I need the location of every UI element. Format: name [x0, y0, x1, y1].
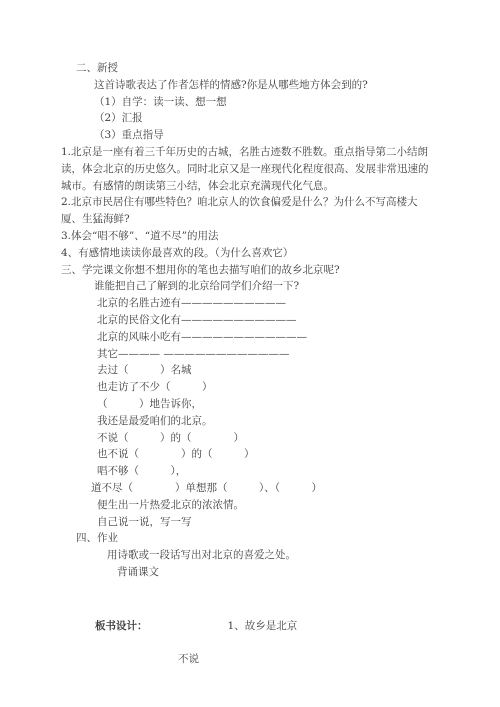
section-4-heading: 四、作业	[76, 530, 460, 547]
intro-question: 谁能把自己了解到的北京给同学们介绍一下?	[94, 278, 460, 295]
poem-line-1: 去过（ ）名城	[97, 362, 460, 379]
poem-line-4: 我还是最爱咱们的北京。	[97, 413, 460, 430]
poem-line-8: 道不尽（ ）单想那（ ）、（ ）	[91, 480, 460, 497]
poem-line-5: 不说（ ）的（ ）	[97, 430, 460, 447]
guidance-point-2-line2: 厦、生猛海鲜?	[61, 211, 460, 228]
board-design-title: 1、故乡是北京	[228, 620, 298, 632]
step-item-3: （3）重点指导	[94, 127, 460, 144]
poem-line-7: 唱不够（ ），	[97, 463, 460, 480]
poem-line-6: 也不说（ ）的（ ）	[97, 446, 460, 463]
recite-line: 背诵课文	[117, 564, 460, 581]
document-content: 二、新授 这首诗歌表达了作者怎样的情感?你是从哪些地方体会到的? （1）自学：读…	[61, 60, 460, 668]
step-item-1: （1）自学：读一读、想一想	[94, 94, 460, 111]
guidance-point-1-line1: 1.北京是一座有着三千年历史的古城，名胜古迹数不胜数。重点指导第二小结朗	[61, 144, 460, 161]
homework-line: 用诗歌或一段话写出对北京的喜爱之处。	[107, 547, 460, 564]
fill-blank-snacks: 北京的风味小吃有————————————	[97, 329, 460, 346]
guidance-point-4: 4、有感情地读读你最喜欢的段。（为什么喜欢它）	[61, 245, 460, 262]
question-prompt: 这首诗歌表达了作者怎样的情感?你是从哪些地方体会到的?	[94, 77, 460, 94]
poem-line-10: 自己说一说，写一写	[97, 514, 460, 531]
section-gap	[61, 581, 460, 601]
board-design-line: 板书设计：1、故乡是北京	[75, 601, 460, 651]
document-page: 二、新授 这首诗歌表达了作者怎样的情感?你是从哪些地方体会到的? （1）自学：读…	[0, 0, 500, 707]
guidance-point-1-line3: 城市。有感情的朗读第三小结，体会北京充满现代化气息。	[61, 178, 460, 195]
board-design-item: 不说	[178, 651, 460, 668]
guidance-point-3: 3.体会“唱不够”、“道不尽”的用法	[61, 228, 460, 245]
poem-line-2: 也走访了不少（ ）	[97, 379, 460, 396]
guidance-point-2-line1: 2.北京市民居住有哪些特色？咱北京人的饮食偏爱是什么？为什么不写高楼大	[61, 194, 460, 211]
fill-blank-folklore: 北京的民俗文化有———————————	[97, 312, 460, 329]
section-3-heading: 三、学完课文你想不想用你的笔也去描写咱们的故乡北京呢?	[61, 262, 460, 279]
section-2-heading: 二、新授	[76, 60, 460, 77]
step-item-2: （2）汇报	[94, 110, 460, 127]
fill-blank-sights: 北京的名胜古迹有——————————	[97, 295, 460, 312]
fill-blank-other: 其它———— ————————————	[97, 346, 460, 363]
guidance-point-1-line2: 读，体会北京的历史悠久。同时北京又是一座现代化程度很高、发展非常迅速的	[61, 161, 460, 178]
poem-line-9: 便生出一片热爱北京的浓浓情。	[97, 497, 460, 514]
board-design-label: 板书设计：	[95, 620, 148, 632]
poem-line-3: （ ）地告诉你，	[97, 396, 460, 413]
